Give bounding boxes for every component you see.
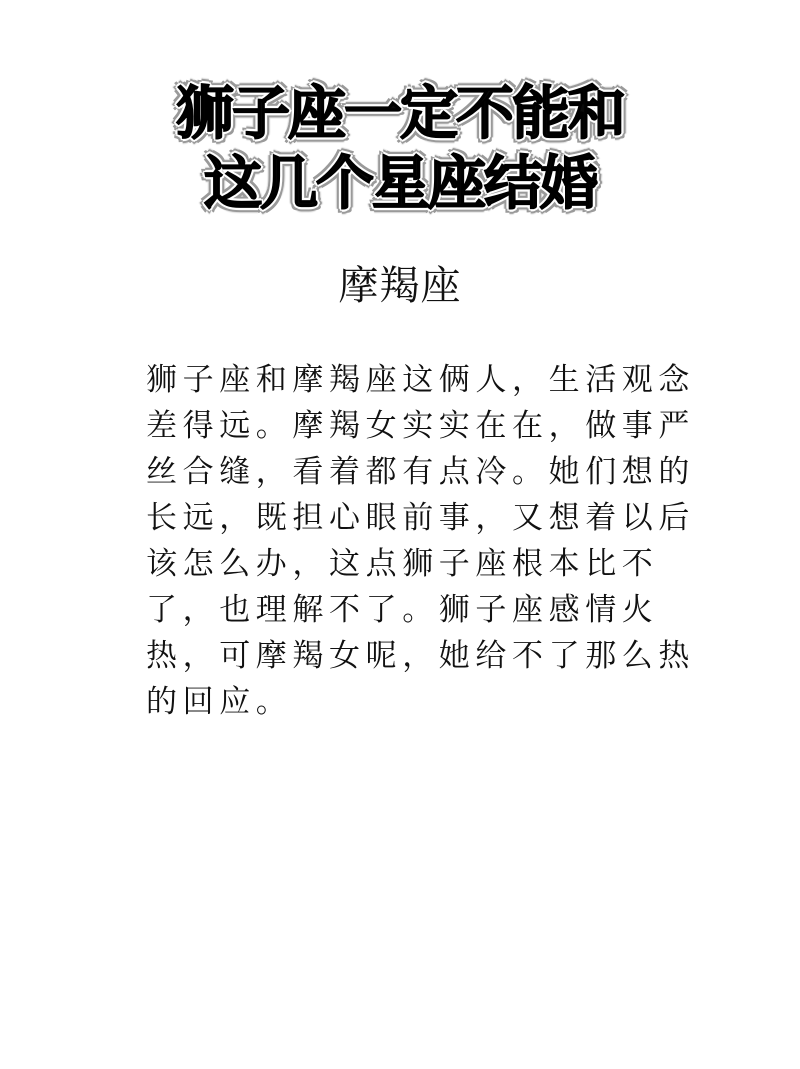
body-line: 丝合缝，看着都有点冷。她们想的 [146,449,666,495]
body-line: 该怎么办，这点狮子座根本比不 [146,541,666,587]
body-line: 狮子座和摩羯座这俩人，生活观念 [146,357,666,403]
body-paragraph: 狮子座和摩羯座这俩人，生活观念 差得远。摩羯女实实在在，做事严 丝合缝，看着都有… [146,357,666,725]
page-title: 狮子座一定不能和 这几个星座结婚 [0,78,800,218]
body-line: 长远，既担心眼前事，又想着以后 [146,495,666,541]
body-line: 热，可摩羯女呢，她给不了那么热 [146,633,666,679]
section-heading: 摩羯座 [0,258,800,314]
title-line-2: 这几个星座结婚 [0,148,800,218]
body-line: 了，也理解不了。狮子座感情火 [146,587,666,633]
body-line: 差得远。摩羯女实实在在，做事严 [146,403,666,449]
body-line: 的回应。 [146,679,666,725]
document-page: 狮子座一定不能和 这几个星座结婚 摩羯座 狮子座和摩羯座这俩人，生活观念 差得远… [0,0,800,1069]
title-line-1: 狮子座一定不能和 [0,78,800,148]
